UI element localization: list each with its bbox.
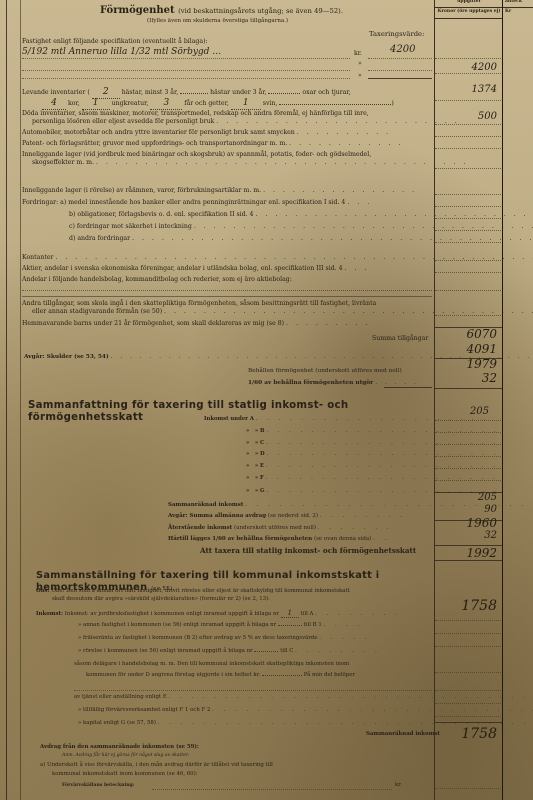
section-subtitle: (Ifylles även om skulderna överstiga til… [147,18,288,25]
doda-inventarier-label-2: personliga lösören eller eljest avsedda … [32,118,460,125]
delagare-row-1: såsom delägare i handelsbolag m. m. Den … [74,661,349,667]
fastighet-value[interactable]: 4200 [472,62,497,73]
forvarvskalla-kr-label: kr. [395,782,402,788]
inkomst-fralseranta-row: » frälseränta av fastighet i kommunen (B… [78,635,371,641]
col1-header-bottom: Kronor (öre upptages ej) [435,10,503,19]
kommunal-sammanraknad-value[interactable]: 1758 [461,726,497,742]
svin-count[interactable]: 1 [231,98,261,110]
att-taxera-value[interactable]: 1992 [466,546,497,560]
bilaga-nr-field[interactable]: 1 [281,609,299,618]
avgar-allmanna-avdrag-label: Avgår: Summa allmänna avdrag (se nederst… [168,513,406,520]
lager-jordbruk-label: Inneliggande lager (vid jordbruk med bin… [22,151,371,158]
avdrag-title: Avdrag från den sammanräknade inkomsten … [40,744,199,750]
att-taxera-label: Att taxera till statlig inkomst- och för… [200,547,416,556]
lager-jordbruk-label-2: skogseffekter m. m. . . . . . . . . . . … [32,159,468,166]
underskott-row-1: a) Underskott å viss förvärvskälla, i de… [40,762,273,768]
col2-header-bottom: Kr [503,10,533,15]
automobiler-label: Automobiler, motorbåtar och andra yttre … [22,129,391,136]
aterstaende-inkomst-label: Återstående inkomst (underskott utföres … [168,525,393,532]
kr-label: kr. [354,50,362,57]
form-main-area: Förmögenhet (vid beskattningsårets utgån… [22,0,432,800]
underskott-row-2: kommunal inkomstskatt inom kommunen (se … [52,771,198,777]
hartill-value[interactable]: 32 [484,530,497,541]
fastighet-handwritten[interactable]: 5/192 mtl Anneruo lilla 1/32 mtl Sörbygd… [22,47,221,58]
ungkreatur-count[interactable]: 1 [82,98,110,110]
col2-header-top: anteck [503,0,533,8]
tax-form-page: Förmögenhet (vid beskattningsårets utgån… [0,0,533,800]
levande-inventarier-row-2: 4 kor, 1 ungkreatur, 3 får och getter, 1… [42,98,394,110]
lager-rorelse-label: Inneliggande lager (i rörelse) av råämne… [22,187,417,194]
summa-tillgangar-value[interactable]: 6070 [466,327,497,341]
aterstaende-inkomst-value[interactable]: 1960 [466,516,497,530]
oxar-field[interactable] [268,93,300,94]
doda-inventarier-value[interactable]: 500 [478,111,497,122]
andra-tillgangar-label: Andra tillgångar, som skola ingå i den s… [22,300,376,307]
kommunal-sammanraknad-label: Sammanräknad inkomst [366,731,440,737]
section-title-formogenhet: Förmögenhet (vid beskattningsårets utgån… [100,5,343,17]
kronor-column: uppgifter Kronor (öre upptages ej) [434,0,503,800]
left-margin-rule [20,0,21,800]
behallen-formogenhet-value[interactable]: 1979 [466,357,497,371]
anteckningar-column: anteck Kr [502,0,533,800]
hastar-under-field[interactable] [180,93,208,94]
kor-count[interactable]: 4 [42,98,66,110]
fordringar-a-label: Fordringar: a) medel innestående hos ban… [22,199,372,206]
delagare-row-2: kommunen för under D angivna företag utg… [86,672,355,678]
andelar-label: Andelar i följande handelsbolag, kommand… [22,276,292,283]
skulder-value[interactable]: 4091 [466,342,497,356]
doda-inventarier-label: Döda inventarier, såsom maskiner, motore… [22,110,369,117]
allmanna-avdrag-value[interactable]: 90 [484,504,497,515]
inkomst-annan-fastighet-row: » annan fastighet i kommunen (se 56) enl… [78,622,364,628]
anm-note: Anm. Avdrag får här ej göras för något s… [62,753,189,759]
jordbruksfastighet-inkomst-value[interactable]: 1758 [461,598,497,614]
col1-header-top: uppgifter [435,0,503,8]
obs-note-2: skall dessutom där avgiva »särskild själ… [52,596,270,602]
levande-inventarier-value[interactable]: 1374 [472,84,497,95]
taxeringsvarde-value[interactable]: 4200 [390,44,415,56]
patent-label: Patent- och förlagsrätter, gruvor med up… [22,140,403,147]
inkomst-a-value[interactable]: 205 [470,406,489,417]
taxeringsvarde-label: Taxeringsvärde: [369,30,424,38]
hartill-lagges-label: Härtill lägges 1/60 av behållna förmögen… [168,536,390,543]
aktier-label: Aktier, andelar i svenska ekonomiska för… [22,265,369,272]
sextiondel-value[interactable]: 32 [482,371,497,385]
far-count[interactable]: 3 [150,98,182,110]
obs-note-1: Obs! Obs! Den som å annan ort haft fasti… [36,588,350,594]
barn-formogenhet-label: Hemmavarande barns under 21 år förmögenh… [22,320,370,327]
page-edge-line [6,0,7,800]
forvarvskalla-label: Förvärvskällans beteckning: [62,783,134,789]
inkomst-jordbruk-row: Inkomst: Inkomst: av jordbruksfastighet … [36,609,401,618]
sextiondel-label: 1/60 av behållna förmögenheten utgör . .… [248,380,419,387]
behallen-formogenhet-label: Behållen förmögenhet (underskott utföres… [248,368,402,375]
inkomst-rorelse-row: » rörelse i kommunen (se 56) enligt inra… [78,648,381,654]
fastighet-label: Fastighet enligt följande specifikation … [22,38,208,45]
sammanraknad-inkomst-value[interactable]: 205 [478,492,497,503]
summa-tillgangar-label: Summa tillgångar [372,335,428,342]
